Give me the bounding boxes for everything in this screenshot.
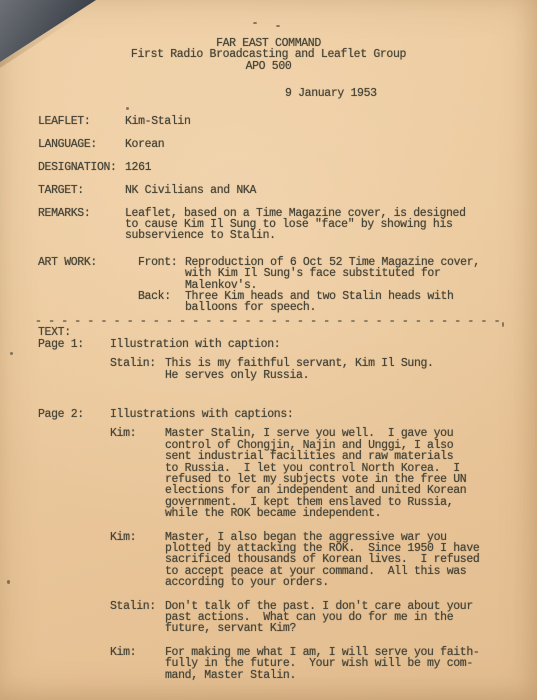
page-1-content: Illustration with caption: Stalin: This … bbox=[110, 339, 434, 393]
artwork-side-label: Front: bbox=[138, 257, 185, 291]
artwork-entries: Front: Reproduction of 6 Oct 52 Time Mag… bbox=[138, 257, 480, 314]
dialog-turn: Stalin: This is my faithful servant, Kim… bbox=[110, 358, 434, 381]
page-1-label: Page 1: bbox=[38, 339, 110, 393]
field-value: Kim-Stalin bbox=[125, 116, 191, 127]
artwork-side-text: Three Kim heads and two Stalin heads wit… bbox=[185, 291, 454, 314]
field-list: LEAFLET: Kim-Stalin LANGUAGE: Korean DES… bbox=[0, 116, 537, 242]
stray-mark bbox=[253, 22, 257, 24]
document-page: FAR EAST COMMAND First Radio Broadcastin… bbox=[0, 0, 537, 700]
dialog-speaker: Kim: bbox=[110, 647, 165, 681]
dialog-speaker: Kim: bbox=[110, 428, 165, 519]
dialog-speaker: Kim: bbox=[110, 532, 165, 589]
text-heading: TEXT: bbox=[38, 327, 537, 338]
dialog-turn: Kim: For making me what I am, I will ser… bbox=[110, 647, 479, 681]
stray-mark bbox=[7, 580, 10, 584]
date-line: 9 January 1953 bbox=[285, 88, 537, 99]
field-row-target: TARGET: NK Civilians and NKA bbox=[38, 185, 513, 196]
field-label: LEAFLET: bbox=[38, 116, 125, 127]
page-1-title: Illustration with caption: bbox=[110, 339, 434, 350]
dialog-speaker: Stalin: bbox=[110, 601, 165, 635]
dialog-text: This is my faithful servant, Kim Il Sung… bbox=[165, 358, 434, 381]
dialog-turn: Stalin: Don't talk of the past. I don't … bbox=[110, 601, 479, 635]
field-label: TARGET: bbox=[38, 185, 125, 196]
page-2-block: Page 2: Illustrations with captions: Kim… bbox=[38, 409, 537, 693]
field-row-remarks: REMARKS: Leaflet, based on a Time Magazi… bbox=[38, 208, 513, 242]
dialog-text: Master Stalin, I serve you well. I gave … bbox=[165, 428, 466, 519]
stray-mark bbox=[502, 322, 504, 327]
dialog-text: Don't talk of the past. I don't care abo… bbox=[165, 601, 473, 635]
field-value: 1261 bbox=[125, 162, 151, 173]
page-1-block: Page 1: Illustration with caption: Stali… bbox=[38, 339, 537, 393]
dialog-turn: Kim: Master, I also began the aggressive… bbox=[110, 532, 479, 589]
artwork-section: ART WORK: Front: Reproduction of 6 Oct 5… bbox=[38, 257, 523, 314]
page-2-content: Illustrations with captions: Kim: Master… bbox=[110, 409, 479, 693]
artwork-front-row: Front: Reproduction of 6 Oct 52 Time Mag… bbox=[138, 257, 480, 291]
dialog-text: For making me what I am, I will serve yo… bbox=[165, 647, 479, 681]
apo-line: APO 500 bbox=[0, 61, 537, 72]
artwork-side-text: Reproduction of 6 Oct 52 Time Magazine c… bbox=[185, 257, 480, 291]
artwork-label: ART WORK: bbox=[38, 257, 138, 314]
page-2-label: Page 2: bbox=[38, 409, 110, 693]
page-2-title: Illustrations with captions: bbox=[110, 409, 479, 420]
field-label: LANGUAGE: bbox=[38, 139, 125, 150]
dialog-turn: Kim: Master Stalin, I serve you well. I … bbox=[110, 428, 479, 519]
field-row-language: LANGUAGE: Korean bbox=[38, 139, 513, 150]
field-row-leaflet: LEAFLET: Kim-Stalin bbox=[38, 116, 513, 127]
separator-dashes: - - - - - - - - - - - - - - - - - - - - … bbox=[35, 316, 537, 327]
field-value: Korean bbox=[125, 139, 164, 150]
dialog-text: Master, I also began the aggressive war … bbox=[165, 532, 479, 589]
field-label: REMARKS: bbox=[38, 208, 125, 242]
stray-mark bbox=[126, 107, 129, 110]
artwork-back-row: Back: Three Kim heads and two Stalin hea… bbox=[138, 291, 480, 314]
field-row-designation: DESIGNATION: 1261 bbox=[38, 162, 513, 173]
dialog-speaker: Stalin: bbox=[110, 358, 165, 381]
artwork-side-label: Back: bbox=[138, 291, 185, 314]
stray-mark bbox=[276, 25, 280, 27]
field-value: NK Civilians and NKA bbox=[125, 185, 256, 196]
field-value: Leaflet, based on a Time Magazine cover,… bbox=[125, 208, 466, 242]
stray-mark bbox=[10, 352, 13, 355]
field-label: DESIGNATION: bbox=[38, 162, 125, 173]
